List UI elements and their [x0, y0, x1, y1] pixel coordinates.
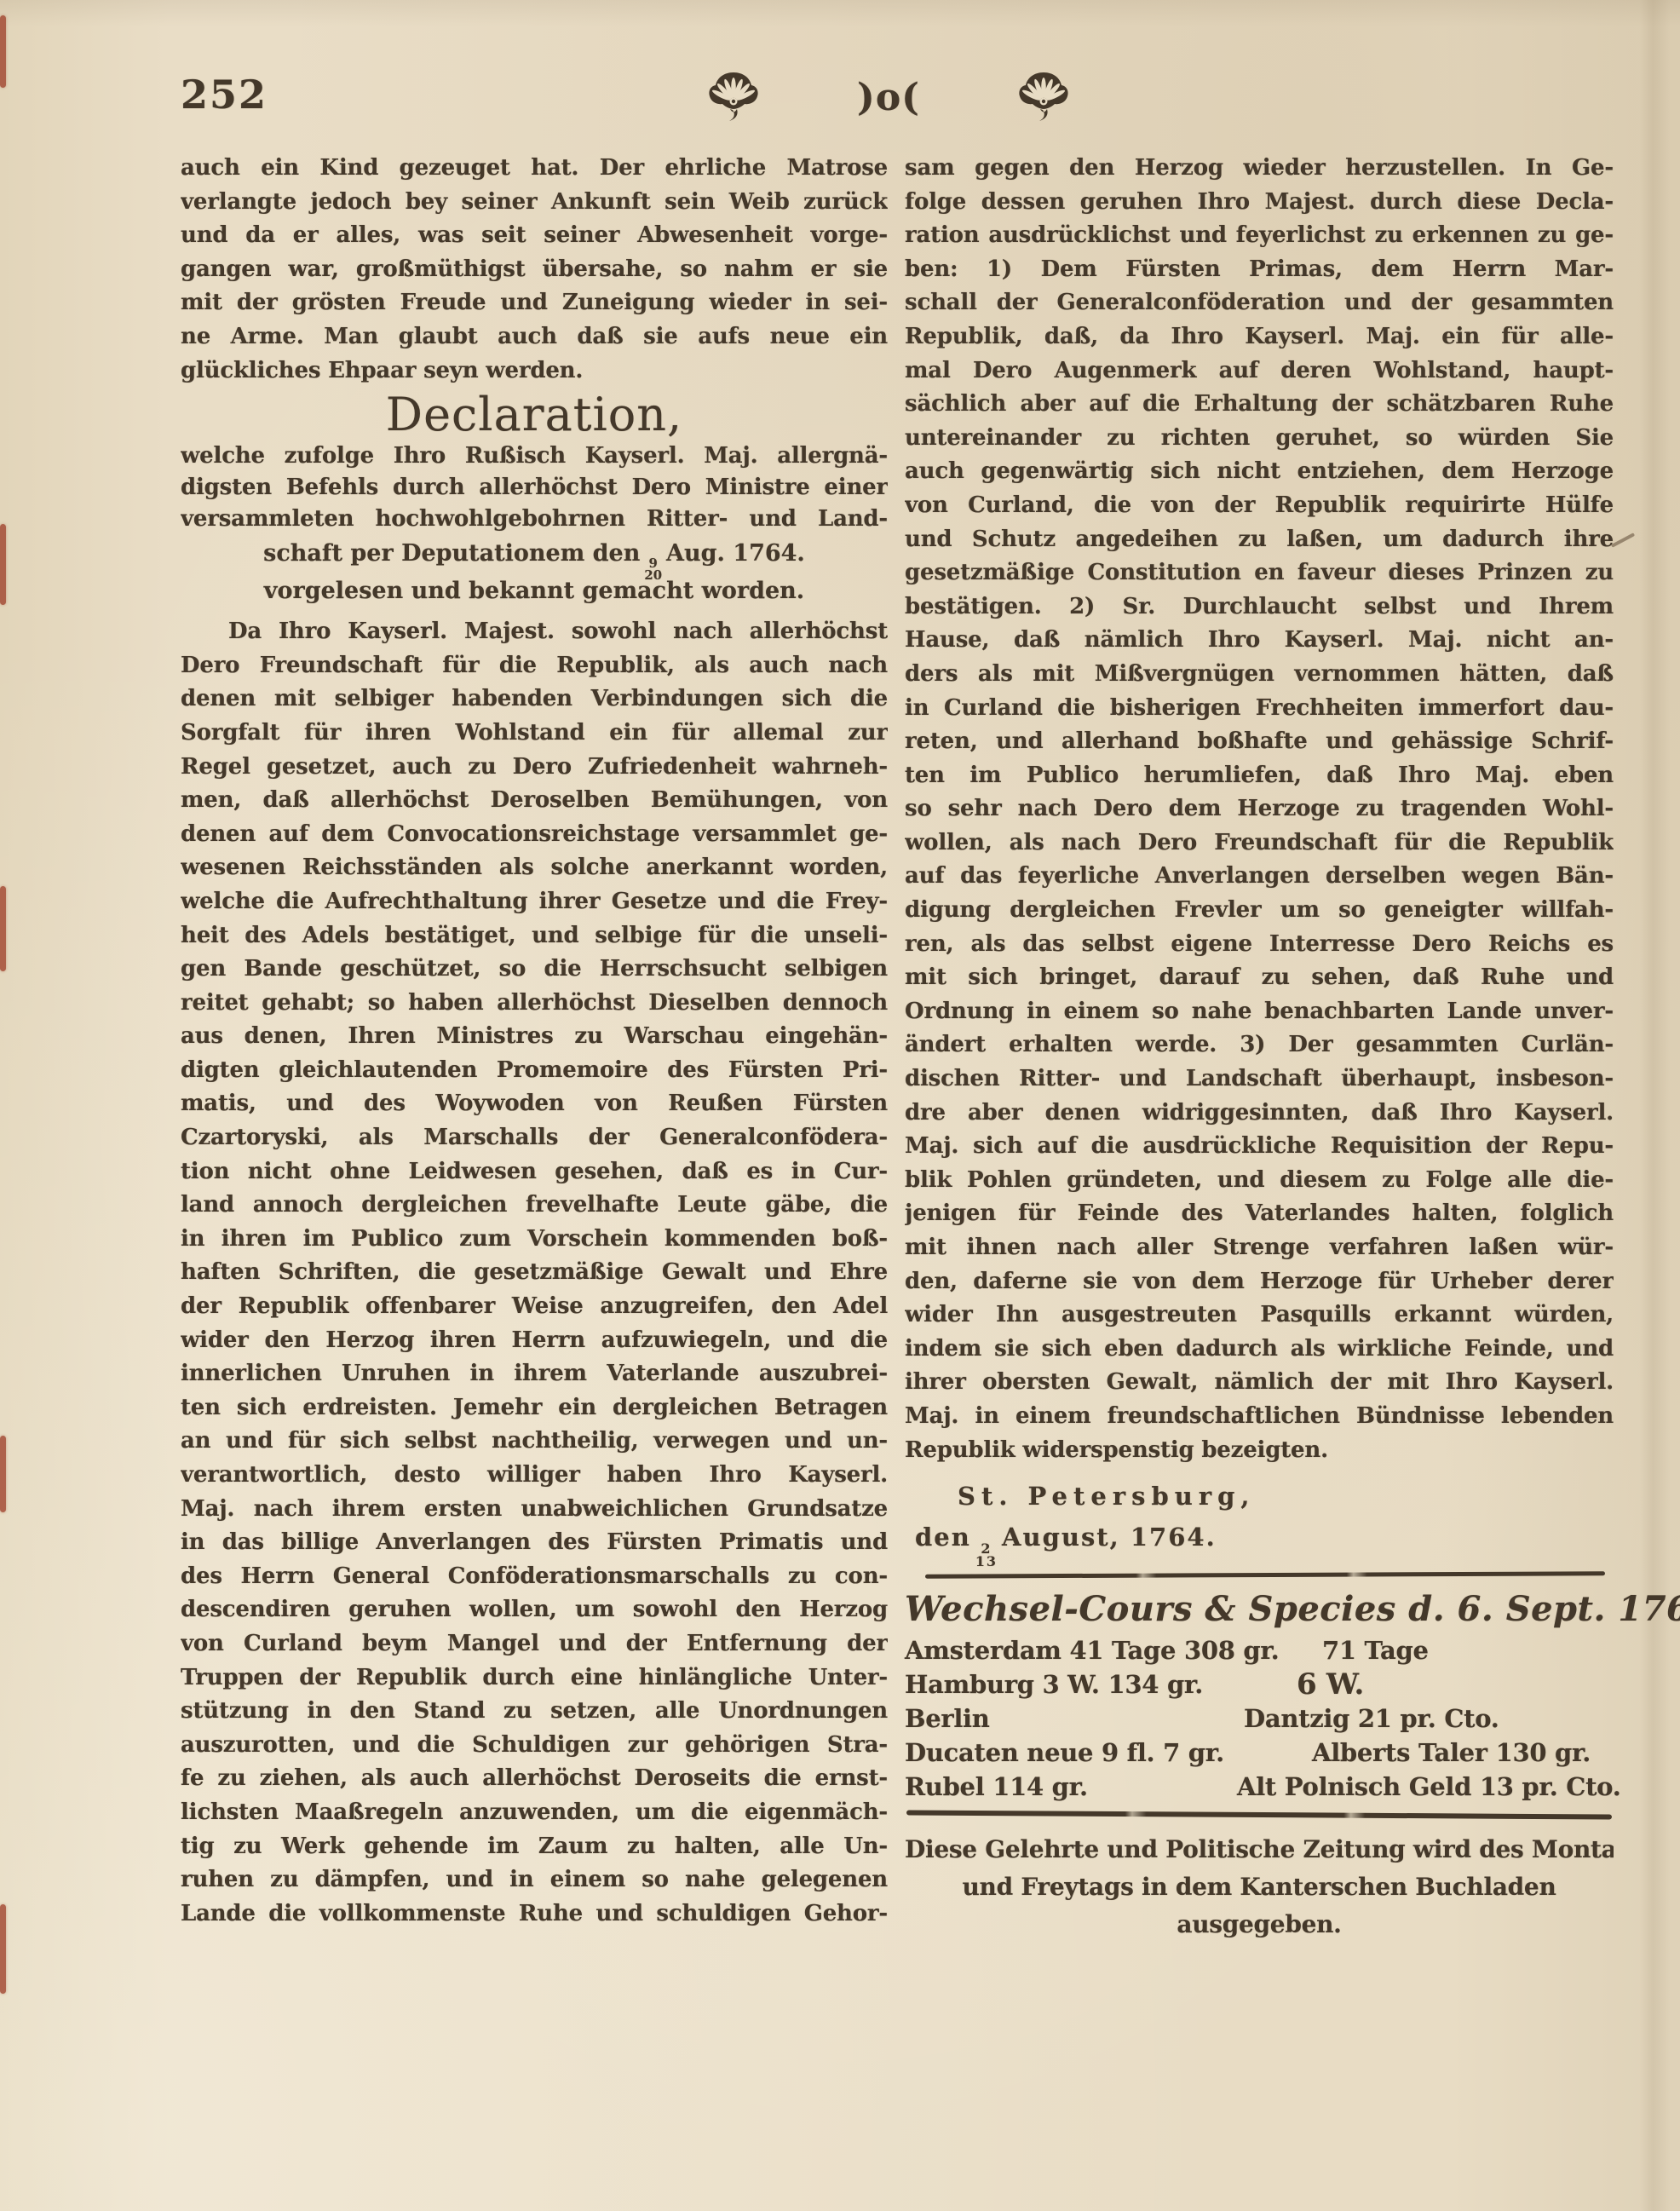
text-line: versammleten hochwohlgebohrnen Ritter- u…	[181, 504, 888, 535]
header-ornaments: )o(	[705, 61, 1072, 135]
pen-mark	[1611, 533, 1635, 548]
exchange-table: Amsterdam 41 Tage 308 gr.71 TageHamburg …	[905, 1633, 1614, 1804]
red-edge-mark	[0, 1436, 6, 1512]
date-line-pre: schaft per Deputationem den	[263, 540, 640, 567]
exchange-entry-left: Berlin	[905, 1701, 1237, 1736]
text-line: Hause, daß nämlich Ihro Kayserl. Maj. ni…	[905, 624, 1614, 658]
text-line: Da Ihro Kayserl. Majest. sowohl nach all…	[181, 615, 888, 649]
text-line: und Freytags in dem Kanterschen Buchlade…	[905, 1868, 1614, 1906]
text-line: reten, und allerhand boßhafte und gehäss…	[905, 725, 1614, 759]
fleuron-icon	[705, 70, 762, 126]
divider-rule	[906, 1811, 1612, 1820]
text-line: lichsten Maaßregeln anzuwenden, um die e…	[181, 1796, 888, 1830]
text-line: schall der Generalconföderation und der …	[905, 286, 1614, 320]
exchange-row: Amsterdam 41 Tage 308 gr.71 Tage	[905, 1633, 1614, 1667]
text-line: gen Bande geschützet, so die Herrschsuch…	[181, 953, 888, 987]
text-line: ändert erhalten werde. 3) Der gesammten …	[905, 1028, 1614, 1062]
text-line: welche die Aufrechthaltung ihrer Gesetze…	[181, 885, 888, 919]
text-line: Lande die vollkommenste Ruhe und schuldi…	[181, 1897, 888, 1932]
text-line: reitet gehabt; so haben allerhöchst Dies…	[181, 987, 888, 1021]
text-line: land annoch dergleichen frevelhafte Leut…	[181, 1189, 888, 1223]
text-line: glückliches Ehpaar seyn werden.	[181, 354, 888, 389]
intro-paragraph: auch ein Kind gezeuget hat. Der ehrliche…	[181, 152, 888, 388]
text-line: sam gegen den Herzog wieder herzustellen…	[905, 152, 1614, 186]
text-line: ten sich erdreisten. Jemehr ein dergleic…	[181, 1391, 888, 1425]
text-line: Republik, daß, da Ihro Kayserl. Maj. ein…	[905, 320, 1614, 354]
date-line-post: Aug. 1764.	[666, 540, 805, 567]
text-line: gangen war, großmüthigst übersahe, so na…	[181, 253, 888, 287]
text-line: wider den Herzog ihren Herrn aufzuwiegel…	[181, 1324, 888, 1358]
declaration-tail-line: vorgelesen und bekannt gemacht worden.	[181, 573, 888, 610]
exchange-entry-left: Ducaten neue 9 fl. 7 gr.	[905, 1736, 1237, 1770]
text-line: jenigen für Feinde des Vaterlandes halte…	[905, 1197, 1614, 1231]
text-line: ruhen zu dämpfen, und in einem so nahe g…	[181, 1863, 888, 1897]
text-line: men, daß allerhöchst Deroselben Bemühung…	[181, 784, 888, 818]
text-line: bestätigen. 2) Sr. Durchlaucht selbst un…	[905, 590, 1614, 625]
text-line: verantwortlich, desto williger haben Ihr…	[181, 1459, 888, 1493]
text-line: ders als mit Mißvergnügen vernommen hätt…	[905, 658, 1614, 692]
text-line: an und für sich selbst nachtheilig, verw…	[181, 1425, 888, 1459]
exchange-entry-right: Dantzig 21 pr. Cto.	[1237, 1701, 1614, 1736]
left-column: auch ein Kind gezeuget hat. Der ehrliche…	[181, 152, 888, 1931]
text-line: von Curland beym Mangel und der Entfernu…	[181, 1627, 888, 1661]
signature-place: St. Petersburg,	[958, 1477, 1614, 1515]
text-line: auch gegenwärtig sich nicht entziehen, d…	[905, 455, 1614, 489]
divider-rule	[925, 1571, 1605, 1578]
text-line: dischen Ritter- und Landschaft überhaupt…	[905, 1062, 1614, 1097]
red-edge-mark	[0, 1904, 6, 1994]
publication-notice: Diese Gelehrte und Politische Zeitung wi…	[905, 1831, 1614, 1943]
text-line: auf das feyerliche Anverlangen derselben…	[905, 860, 1614, 894]
text-line: ben: 1) Dem Fürsten Primas, dem Herrn Ma…	[905, 253, 1614, 287]
text-line: den, daferne sie von dem Herzoge für Urh…	[905, 1265, 1614, 1299]
text-line: indem sie sich eben dadurch als wirklich…	[905, 1333, 1614, 1367]
text-line: mal Dero Augenmerk auf deren Wohlstand, …	[905, 354, 1614, 389]
text-line: digten gleichlautenden Promemoire des Fü…	[181, 1054, 888, 1088]
text-line: wider Ihn ausgestreuten Pasquills erkann…	[905, 1298, 1614, 1333]
exchange-entry-left: Amsterdam 41 Tage 308 gr.	[905, 1633, 1237, 1667]
text-line: von Curland, die von der Republik requir…	[905, 489, 1614, 523]
text-line: Diese Gelehrte und Politische Zeitung wi…	[905, 1831, 1614, 1868]
exchange-row: BerlinDantzig 21 pr. Cto.	[905, 1701, 1614, 1736]
text-line: auszurotten, und die Schuldigen zur gehö…	[181, 1729, 888, 1763]
text-line: wesenen Reichsständen als solche anerkan…	[181, 851, 888, 885]
text-line: auch ein Kind gezeuget hat. Der ehrliche…	[181, 152, 888, 186]
fleuron-icon	[1015, 70, 1072, 126]
text-line: mit der grösten Freude und Zuneigung wie…	[181, 286, 888, 320]
exchange-row: Ducaten neue 9 fl. 7 gr.Alberts Taler 13…	[905, 1736, 1614, 1770]
text-line: Maj. sich auf die ausdrückliche Requisit…	[905, 1130, 1614, 1164]
text-line: denen auf dem Convocationsreichstage ver…	[181, 818, 888, 852]
declaration-subheading: welche zufolge Ihro Rußisch Kayserl. Maj…	[181, 440, 888, 535]
text-line: denen mit selbiger habenden Verbindungen…	[181, 682, 888, 717]
text-line: matis, und des Woywoden von Reußen Fürst…	[181, 1087, 888, 1121]
text-line: Czartoryski, als Marschalls der Generalc…	[181, 1121, 888, 1155]
red-edge-mark	[0, 886, 6, 971]
declaration-body-right: sam gegen den Herzog wieder herzustellen…	[905, 152, 1614, 1467]
text-line: ren, als das selbst eigene Interresse De…	[905, 928, 1614, 962]
fraction-denominator: 13	[975, 1555, 998, 1568]
text-line: digung dergleichen Frevler um so geneigt…	[905, 894, 1614, 928]
text-line: ten im Publico herumliefen, daß Ihro Maj…	[905, 759, 1614, 793]
text-line: ne Arme. Man glaubt auch daß sie aufs ne…	[181, 320, 888, 354]
text-line: Maj. in einem freundschaftlichen Bündnis…	[905, 1400, 1614, 1434]
exchange-title: Wechsel-Cours & Species d. 6. Sept. 1764…	[905, 1586, 1614, 1633]
text-line: fe zu ziehen, als auch allerhöchst Deros…	[181, 1762, 888, 1796]
exchange-entry-right: Alberts Taler 130 gr.	[1237, 1736, 1614, 1770]
sig-date-pre: den	[915, 1523, 971, 1552]
text-line: wollen, als nach Dero Freundschaft für d…	[905, 826, 1614, 861]
exchange-entry-right: 6 W.	[1237, 1667, 1614, 1701]
text-line: in Curland die bisherigen Frechheiten im…	[905, 692, 1614, 726]
newspaper-page: 252 )o(	[0, 0, 1680, 2211]
right-column: sam gegen den Herzog wieder herzustellen…	[905, 152, 1614, 1943]
exchange-entry-right: Alt Polnisch Geld 13 pr. Cto.	[1237, 1770, 1621, 1804]
text-line: und Schutz angedeihen zu laßen, um dadur…	[905, 523, 1614, 557]
text-line: blik Pohlen gründeten, und diesem zu Fol…	[905, 1164, 1614, 1198]
exchange-entry-left: Rubel 114 gr.	[905, 1770, 1237, 1804]
signature-date: den213August, 1764.	[915, 1515, 1614, 1559]
red-edge-mark	[0, 524, 6, 605]
text-line: aus denen, Ihren Ministres zu Warschau e…	[181, 1020, 888, 1054]
text-line: tion nicht ohne Leidwesen gesehen, daß e…	[181, 1155, 888, 1189]
text-line: ausgegeben.	[905, 1906, 1614, 1943]
declaration-title: Declaration,	[181, 389, 888, 440]
text-line: Republik widerspenstig bezeigten.	[905, 1434, 1614, 1468]
sig-date-fraction: 213	[975, 1542, 998, 1568]
red-edge-mark	[0, 15, 6, 88]
text-line: ihrer obersten Gewalt, nämlich der mit I…	[905, 1366, 1614, 1400]
sig-date-post: August, 1764.	[1002, 1523, 1217, 1552]
text-line: und da er alles, was seit seiner Abwesen…	[181, 219, 888, 253]
text-line: descendiren geruhen wollen, um sowohl de…	[181, 1593, 888, 1627]
text-line: verlangte jedoch bey seiner Ankunft sein…	[181, 186, 888, 220]
text-line: ration ausdrücklichst und feyerlichst zu…	[905, 219, 1614, 253]
declaration-body-left: Da Ihro Kayserl. Majest. sowohl nach all…	[181, 615, 888, 1931]
exchange-row: Rubel 114 gr.Alt Polnisch Geld 13 pr. Ct…	[905, 1770, 1614, 1804]
exchange-row: Hamburg 3 W. 134 gr.6 W.	[905, 1667, 1614, 1701]
text-line: haften Schriften, die gesetzmäßige Gewal…	[181, 1256, 888, 1290]
gathering-signature-mark: )o(	[857, 61, 920, 135]
text-line: digsten Befehls durch allerhöchst Dero M…	[181, 472, 888, 504]
text-line: in ihren im Publico zum Vorschein kommen…	[181, 1223, 888, 1257]
text-line: tig zu Werk gehende im Zaum zu halten, a…	[181, 1830, 888, 1864]
text-line: dre aber denen widriggesinnten, daß Ihro…	[905, 1097, 1614, 1131]
declaration-date-line: schaft per Deputationem den920Aug. 1764.	[181, 535, 888, 573]
exchange-entry-left: Hamburg 3 W. 134 gr.	[905, 1667, 1237, 1701]
text-line: stützung in den Stand zu setzen, alle Un…	[181, 1695, 888, 1729]
text-line: Sorgfalt für ihren Wohlstand ein für all…	[181, 717, 888, 751]
text-line: gesetzmäßige Constitution en faveur dies…	[905, 556, 1614, 590]
text-line: der Republik offenbarer Weise anzugreife…	[181, 1290, 888, 1324]
text-line: heit des Adels bestätiget, und selbige f…	[181, 919, 888, 953]
text-line: Truppen der Republik durch eine hinlängl…	[181, 1661, 888, 1696]
text-line: sächlich aber auf die Erhaltung der schä…	[905, 388, 1614, 422]
exchange-entry-right: 71 Tage	[1237, 1633, 1614, 1667]
text-line: mit ihnen nach aller Strenge verfahren l…	[905, 1231, 1614, 1265]
text-line: Ordnung in einem so nahe benachbarten La…	[905, 995, 1614, 1029]
text-line: des Herrn General Conföderationsmarschal…	[181, 1560, 888, 1594]
text-line: welche zufolge Ihro Rußisch Kayserl. Maj…	[181, 440, 888, 472]
text-line: Dero Freundschaft für die Republik, als …	[181, 649, 888, 683]
text-line: untereinander zu richten geruhet, so wür…	[905, 422, 1614, 456]
text-line: Regel gesetzet, auch zu Dero Zufriedenhe…	[181, 751, 888, 785]
text-line: Maj. nach ihrem ersten unabweichlichen G…	[181, 1493, 888, 1527]
text-line: innerlichen Unruhen in ihrem Vaterlande …	[181, 1357, 888, 1391]
page-number: 252	[181, 72, 268, 118]
text-line: folge dessen geruhen Ihro Majest. durch …	[905, 186, 1614, 220]
text-line: so sehr nach Dero dem Herzoge zu tragend…	[905, 792, 1614, 826]
text-line: mit sich bringet, darauf zu sehen, daß R…	[905, 961, 1614, 995]
text-line: in das billige Anverlangen des Fürsten P…	[181, 1526, 888, 1560]
